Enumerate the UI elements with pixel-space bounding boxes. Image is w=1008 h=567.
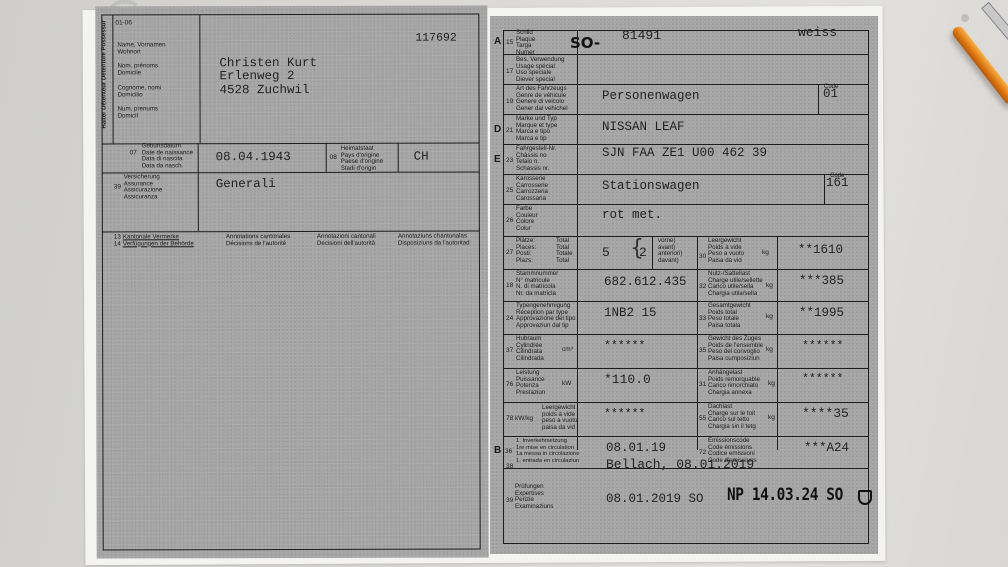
inspections-value: 08.01.2019 SO bbox=[606, 492, 704, 506]
section-a-marker: A bbox=[494, 36, 501, 47]
payload-value: ***385 bbox=[799, 274, 844, 288]
left-page: 01-06 Halter Détenteur Detentore Possess… bbox=[95, 5, 488, 558]
color-value: rot met. bbox=[602, 208, 662, 222]
seats-front: 2 bbox=[639, 245, 647, 260]
displacement-label: Hubraum Cylindrée Cilindrata Cilindrada bbox=[516, 336, 544, 362]
remarks-fr: Annotations cantonales Décisions de l'au… bbox=[226, 234, 290, 247]
matriculation-value: 682.612.435 bbox=[604, 275, 687, 289]
place-date-value: Bellach, 08.01.2019 bbox=[606, 457, 754, 472]
place-date-num: 38 bbox=[506, 463, 513, 470]
canton-shield-icon bbox=[858, 490, 872, 505]
vehicle-kind-value: Personenwagen bbox=[602, 89, 700, 103]
trailer-load-label: Anhängelast Poids remorquable Carico rim… bbox=[708, 370, 760, 396]
seats-num: 27 bbox=[506, 249, 513, 256]
empty-weight-label: Leergewicht Poids à vide Peso a vuoto Pa… bbox=[708, 238, 744, 264]
insurance-num: 39 bbox=[114, 183, 121, 190]
birthdate-num: 07 bbox=[130, 149, 137, 156]
inspection-stamp: NP 14.03.24 SO bbox=[727, 485, 843, 505]
payload-num: 32 bbox=[699, 283, 706, 290]
plate-color: weiss bbox=[798, 25, 837, 40]
first-registration-label: 1. Inverkehrsetzung 1re mise en circulat… bbox=[516, 438, 579, 464]
right-page: A 15 Schild Plaque Targa Numer SO- 81491… bbox=[490, 16, 878, 554]
total-weight-label: Gesamtgewicht Poids total Peso totale Pa… bbox=[708, 303, 751, 329]
insurance-value: Generali bbox=[216, 177, 276, 191]
color-num: 26 bbox=[506, 217, 513, 224]
holder-city: 4528 Zuchwil bbox=[219, 83, 309, 97]
seats-total: 5 bbox=[602, 245, 610, 260]
holder-name: Christen Kurt bbox=[219, 56, 317, 70]
displacement-unit: cm³ bbox=[562, 346, 573, 353]
section-b-marker: B bbox=[494, 445, 501, 456]
total-weight-unit: kg bbox=[766, 313, 773, 320]
first-registration-value: 08.01.19 bbox=[606, 441, 666, 455]
displacement-num: 37 bbox=[506, 347, 513, 354]
origin-value: CH bbox=[414, 150, 429, 164]
form-code: 01-06 bbox=[115, 20, 132, 27]
holder-label-fr: Nom, prénoms Domicile bbox=[117, 63, 158, 76]
vehicle-kind-label: Art des Fahrzeugs Genre de véhicule Gene… bbox=[516, 86, 568, 112]
chassis-label: Fahrgestell-Nr. Châssis no Telaio n. Sch… bbox=[516, 146, 557, 172]
total-weight-value: **1995 bbox=[799, 306, 844, 320]
type-approval-label: Typengenehmigung Réception par type Appr… bbox=[516, 303, 576, 329]
holder-label-rm: Num, prenums Domicil bbox=[118, 106, 159, 119]
vehicle-kind-num: 19 bbox=[506, 98, 513, 105]
color-label: Farbe Couleur Colore Colur bbox=[516, 206, 538, 232]
type-approval-num: 24 bbox=[506, 315, 513, 322]
roof-load-num: 55 bbox=[699, 415, 706, 422]
birthdate-value: 08.04.1943 bbox=[216, 150, 291, 164]
first-registration-num: 36 bbox=[505, 448, 512, 455]
body-label: Karosserie Carrosserie Carrozzeria Caros… bbox=[516, 176, 548, 202]
pen-tip bbox=[961, 14, 969, 22]
insurance-label: Versicherung Assurance Assicurazione Ass… bbox=[124, 174, 163, 200]
birthdate-label: Geburtsdatum Date de naissance Data di n… bbox=[142, 143, 193, 170]
body-value: Stationswagen bbox=[602, 179, 700, 193]
seats-front-label: vorne) avant) anteriori) davant) bbox=[658, 238, 682, 264]
chassis-value: SJN FAA ZE1 U00 462 39 bbox=[602, 146, 767, 160]
trailer-load-value: ****** bbox=[802, 373, 843, 386]
empty-weight-value: **1610 bbox=[798, 243, 843, 257]
train-weight-label: Gewicht des Zuges Poids de l'ensemble Pe… bbox=[708, 336, 763, 362]
holder-street: Erlenweg 2 bbox=[219, 69, 294, 83]
payload-label: Nutz-/Sattellast Charge utile/sellette C… bbox=[708, 271, 763, 297]
total-weight-num: 33 bbox=[699, 315, 706, 322]
origin-label: Heimatstaat Pays d'origine Paese d'origi… bbox=[341, 146, 384, 172]
remarks-de: Kantonale Vermerke Verfügungen der Behör… bbox=[123, 234, 194, 247]
remarks-nums: 13 14 bbox=[114, 234, 121, 247]
trailer-load-num: 31 bbox=[699, 381, 706, 388]
origin-num: 08 bbox=[330, 154, 337, 161]
holder-label-de: Name, Vornamen Wohnort bbox=[117, 42, 165, 55]
make-type-label: Marke und Typ Marque et type Marca e tip… bbox=[516, 116, 557, 142]
remarks-it: Annotazioni cantonali Decisioni dell'aut… bbox=[317, 234, 376, 247]
empty-weight-num: 30 bbox=[699, 253, 706, 260]
roof-load-label: Dachlast Charge sur le toit Carico sul t… bbox=[708, 404, 756, 430]
special-use-num: 17 bbox=[506, 68, 513, 75]
power-ratio-unit: kW/kg bbox=[515, 415, 533, 422]
body-code: 161 bbox=[826, 176, 849, 190]
pen-grey bbox=[981, 2, 1008, 41]
power-unit: kW bbox=[562, 380, 571, 387]
train-weight-value: ****** bbox=[802, 340, 843, 353]
train-weight-num: 35 bbox=[699, 347, 706, 354]
emission-code-num: 72 bbox=[699, 449, 706, 456]
plate-prefix: SO- bbox=[570, 34, 600, 52]
train-weight-unit: kg bbox=[766, 346, 773, 353]
make-type-value: NISSAN LEAF bbox=[602, 120, 685, 134]
roof-load-unit: kg bbox=[768, 414, 775, 421]
power-label: Leistung Puissance Potenza Prestaziun bbox=[516, 370, 545, 396]
power-ratio-num: 78 bbox=[506, 415, 513, 422]
chassis-num: 23 bbox=[506, 157, 513, 164]
plate-number: 81491 bbox=[622, 28, 661, 43]
matriculation-num: 18 bbox=[506, 282, 513, 289]
plate-num: 15 bbox=[506, 39, 513, 46]
roof-load-value: ****35 bbox=[802, 406, 849, 421]
inspections-label: Prüfungen Expertises Perizie Examinaziun… bbox=[515, 484, 554, 510]
special-use-label: Bes. Verwendung Usage spécial Uso specia… bbox=[516, 57, 565, 83]
trailer-load-unit: kg bbox=[768, 380, 775, 387]
plate-label: Schild Plaque Targa Numer bbox=[516, 30, 535, 56]
serial-number: 117692 bbox=[415, 32, 456, 45]
emission-code-value: ***A24 bbox=[804, 441, 849, 455]
empty-weight-unit: kg bbox=[762, 249, 769, 256]
displacement-value: ****** bbox=[604, 340, 645, 353]
vehicle-kind-code: 01 bbox=[823, 87, 838, 101]
holder-label-it: Cognome, nomi Domicilio bbox=[117, 85, 161, 98]
power-value: *110.0 bbox=[604, 372, 651, 387]
type-approval-value: 1NB2 15 bbox=[604, 306, 657, 320]
body-num: 25 bbox=[506, 187, 513, 194]
pen-orange bbox=[950, 24, 1008, 106]
holder-side-label: Halter Détenteur Detentore Possessur bbox=[101, 20, 107, 128]
seats-label: Plätze: Places: Posti: Plazs: bbox=[516, 238, 536, 264]
section-d-marker: D bbox=[494, 124, 501, 135]
section-e-marker: E bbox=[494, 154, 501, 165]
inspections-num: 39 bbox=[506, 497, 513, 504]
power-num: 76 bbox=[506, 381, 513, 388]
seats-total-label: Total Total Totale Total bbox=[556, 238, 573, 264]
power-ratio-value: ****** bbox=[604, 408, 645, 421]
payload-unit: kg bbox=[766, 282, 773, 289]
make-type-num: 21 bbox=[506, 127, 513, 134]
power-ratio-label: Leergewicht poids à vide peso a vuoto pa… bbox=[542, 405, 577, 431]
remarks-rm: Annotaziuns chantunalas Disposiziuns da … bbox=[398, 234, 470, 247]
matriculation-label: Stammnummer N° matricule N. di matricola… bbox=[516, 271, 558, 297]
